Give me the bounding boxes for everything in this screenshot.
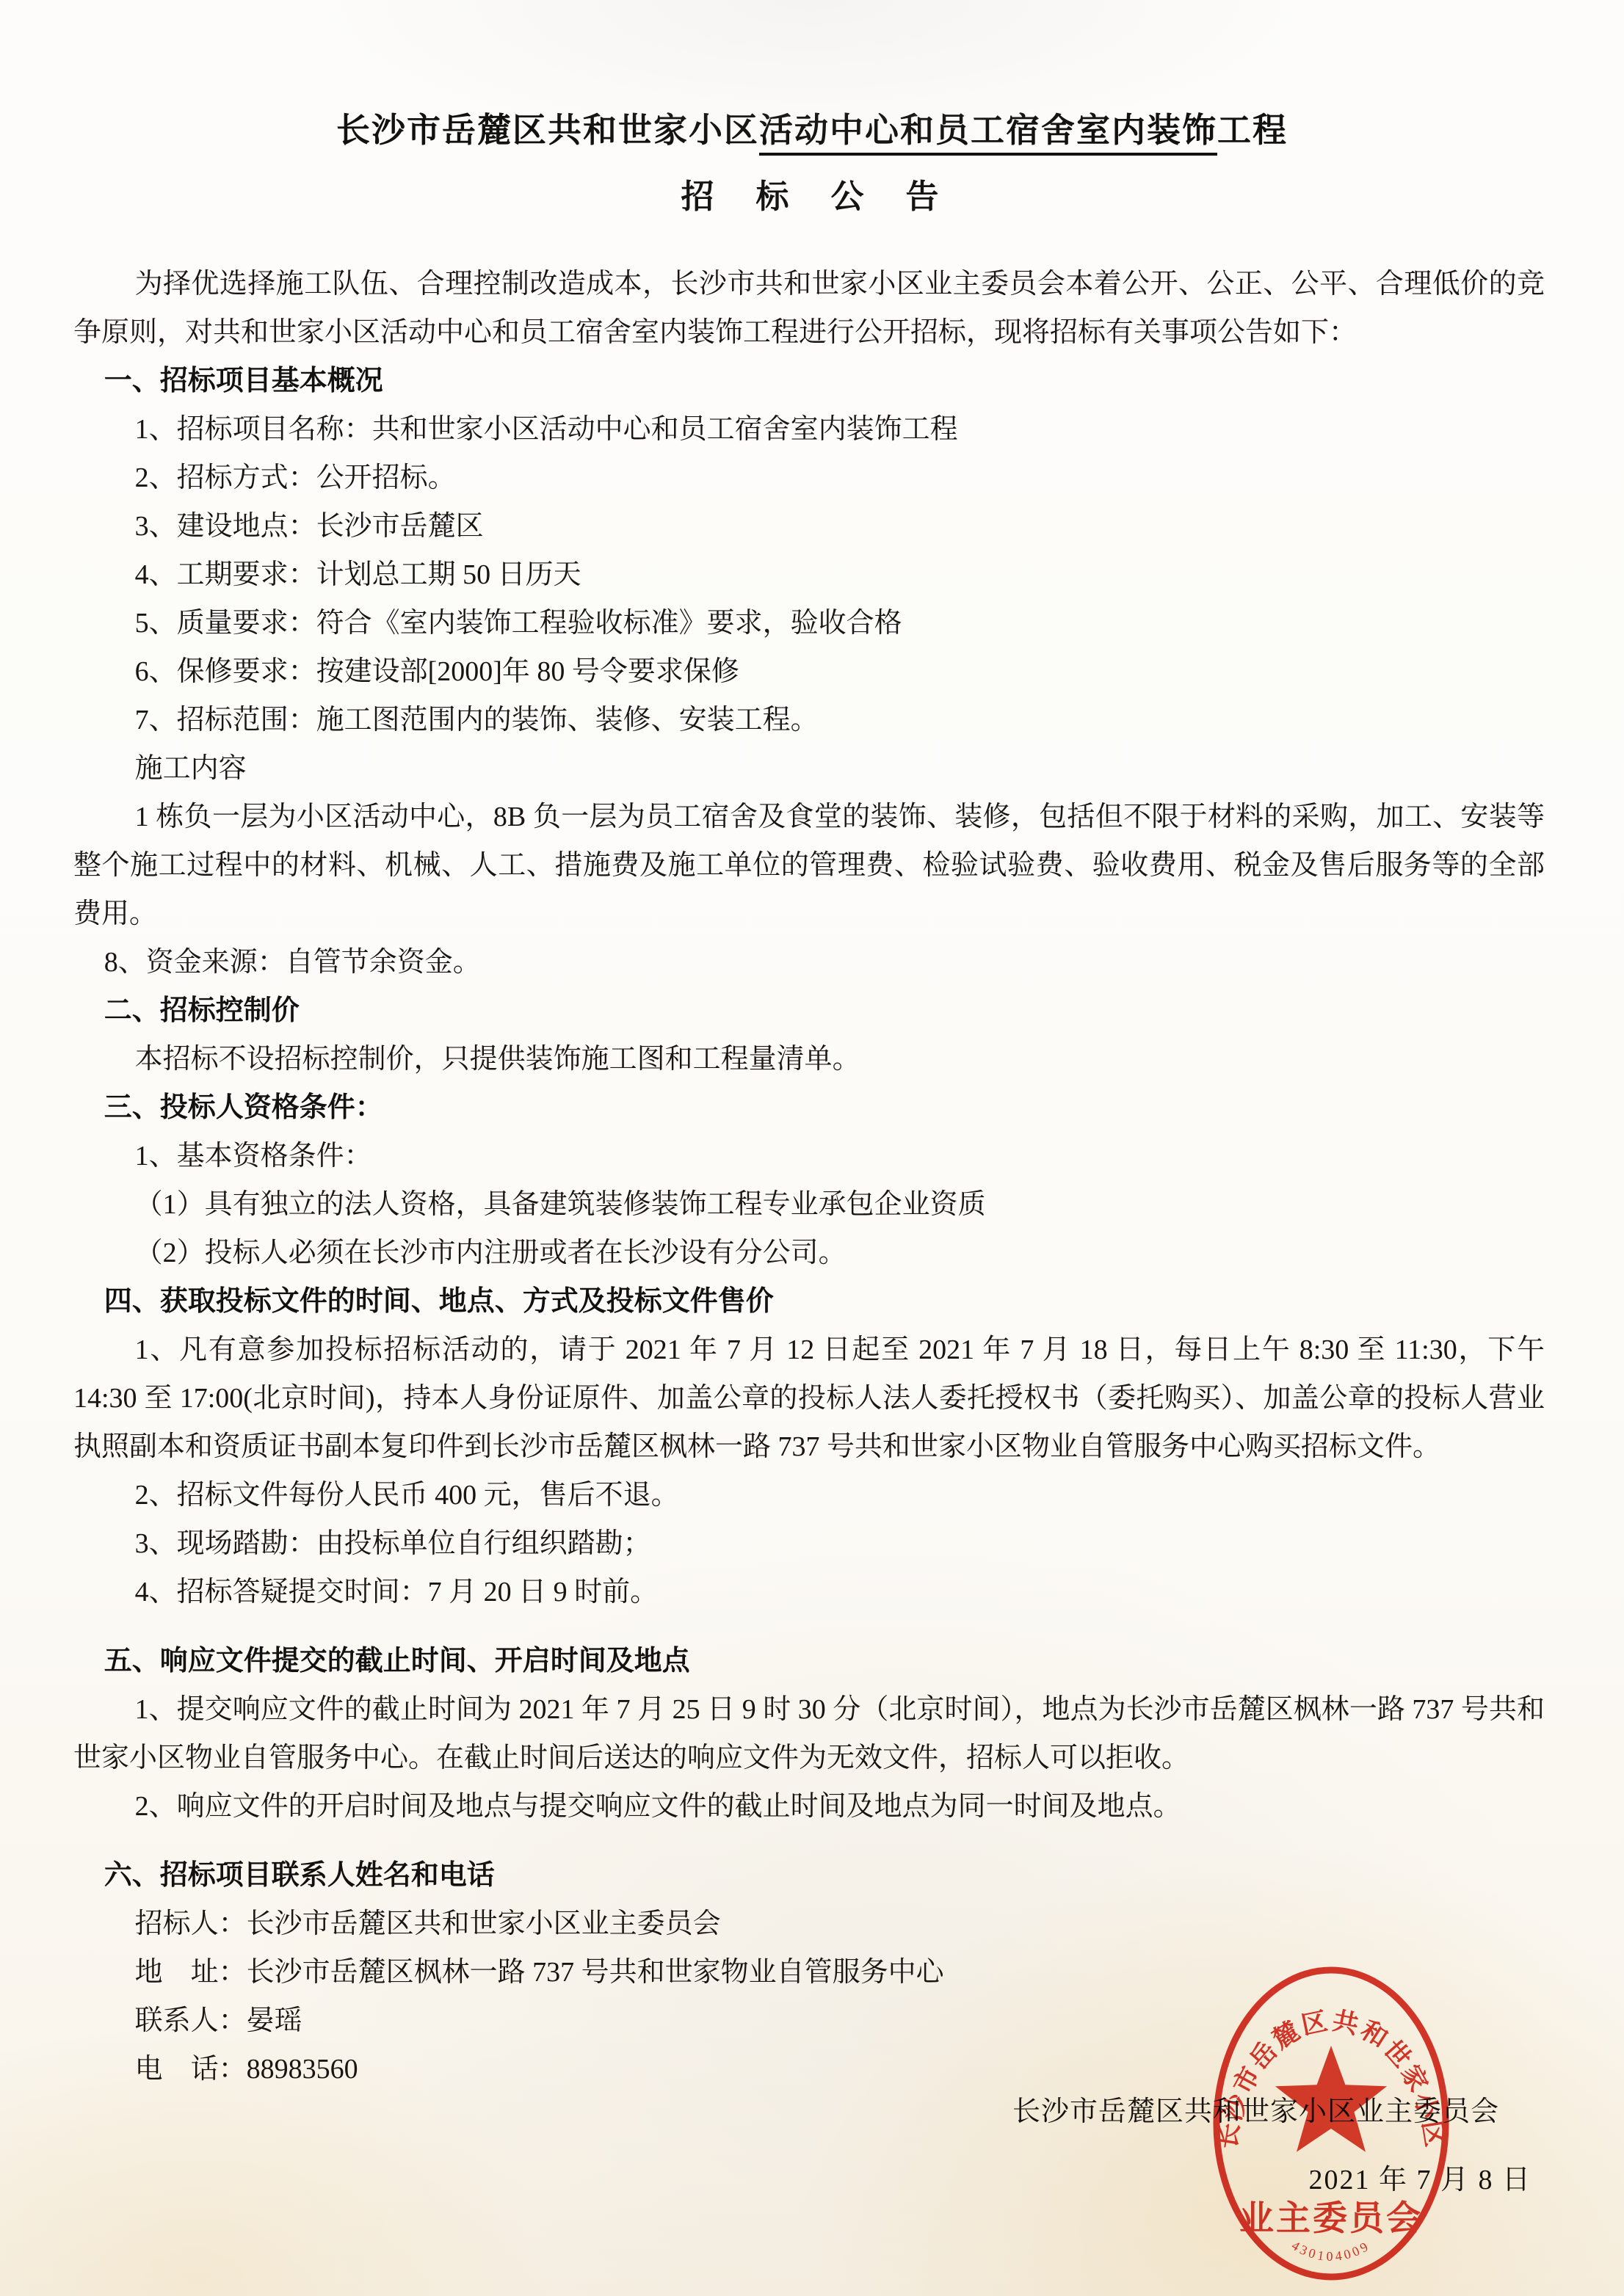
section-5-heading: 五、响应文件提交的截止时间、开启时间及地点	[73, 1637, 1545, 1685]
section-1-heading: 一、招标项目基本概况	[73, 357, 1545, 405]
paragraph: 4、工期要求：计划总工期 50 日历天	[73, 551, 1545, 599]
title-underlined: 活动中心和员工宿舍室内装饰	[759, 111, 1217, 156]
title-post: 工程	[1217, 111, 1288, 149]
paragraph: 施工内容	[73, 744, 1545, 793]
paragraph: 1、基本资格条件：	[73, 1132, 1545, 1180]
paragraph: 7、招标范围：施工图范围内的装饰、装修、安装工程。	[73, 696, 1545, 744]
paragraph: 1 栋负一层为小区活动中心，8B 负一层为员工宿舍及食堂的装饰、装修，包括但不限…	[73, 793, 1545, 938]
official-seal: 长沙市岳麓区共和世家小区 业主委员会 430104009	[1208, 1964, 1454, 2283]
seal-code: 430104009	[1289, 2238, 1373, 2264]
paragraph: 5、质量要求：符合《室内装饰工程验收标准》要求，验收合格	[73, 599, 1545, 647]
intro-paragraph: 为择优选择施工队伍、合理控制改造成本，长沙市共和世家小区业主委员会本着公开、公正…	[73, 260, 1545, 357]
document-subtitle: 招 标 公 告	[73, 170, 1551, 217]
tender-announcement-document: 长沙市岳麓区共和世家小区活动中心和员工宿舍室内装饰工程 招 标 公 告 为择优选…	[0, 0, 1624, 2296]
paragraph: 4、招标答疑提交时间：7 月 20 日 9 时前。	[73, 1568, 1545, 1616]
section-6-heading: 六、招标项目联系人姓名和电话	[73, 1851, 1545, 1900]
section-2-heading: 二、招标控制价	[73, 987, 1545, 1035]
paragraph: 2、响应文件的开启时间及地点与提交响应文件的截止时间及地点为同一时间及地点。	[73, 1782, 1545, 1831]
paragraph: 6、保修要求：按建设部[2000]年 80 号令要求保修	[73, 647, 1545, 696]
paragraph: （2）投标人必须在长沙市内注册或者在长沙设有分公司。	[73, 1229, 1545, 1277]
contact-tenderer: 招标人：长沙市岳麓区共和世家小区业主委员会	[73, 1900, 1545, 1948]
paragraph: 1、招标项目名称：共和世家小区活动中心和员工宿舍室内装饰工程	[73, 405, 1545, 454]
paragraph: 3、建设地点：长沙市岳麓区	[73, 502, 1545, 551]
paragraph: 3、现场踏勘：由投标单位自行组织踏勘；	[73, 1519, 1545, 1568]
document-body: 为择优选择施工队伍、合理控制改造成本，长沙市共和世家小区业主委员会本着公开、公正…	[73, 260, 1545, 2093]
paragraph: （1）具有独立的法人资格，具备建筑装修装饰工程专业承包企业资质	[73, 1180, 1545, 1229]
document-title: 长沙市岳麓区共和世家小区活动中心和员工宿舍室内装饰工程	[73, 110, 1551, 150]
paragraph: 2、招标方式：公开招标。	[73, 454, 1545, 502]
paragraph: 1、提交响应文件的截止时间为 2021 年 7 月 25 日 9 时 30 分（…	[73, 1685, 1545, 1782]
section-3-heading: 三、投标人资格条件：	[73, 1083, 1545, 1132]
paragraph: 本招标不设招标控制价，只提供装饰施工图和工程量清单。	[73, 1035, 1545, 1083]
paragraph: 8、资金来源：自管节余资金。	[73, 938, 1545, 987]
seal-banner-text: 业主委员会	[1239, 2198, 1423, 2237]
title-pre: 长沙市岳麓区共和世家小区	[336, 111, 759, 149]
section-4-heading: 四、获取投标文件的时间、地点、方式及投标文件售价	[73, 1277, 1545, 1326]
paragraph: 1、凡有意参加投标招标活动的，请于 2021 年 7 月 12 日起至 2021…	[73, 1326, 1545, 1471]
star-icon	[1275, 2046, 1387, 2152]
paragraph: 2、招标文件每份人民币 400 元，售后不退。	[73, 1471, 1545, 1519]
